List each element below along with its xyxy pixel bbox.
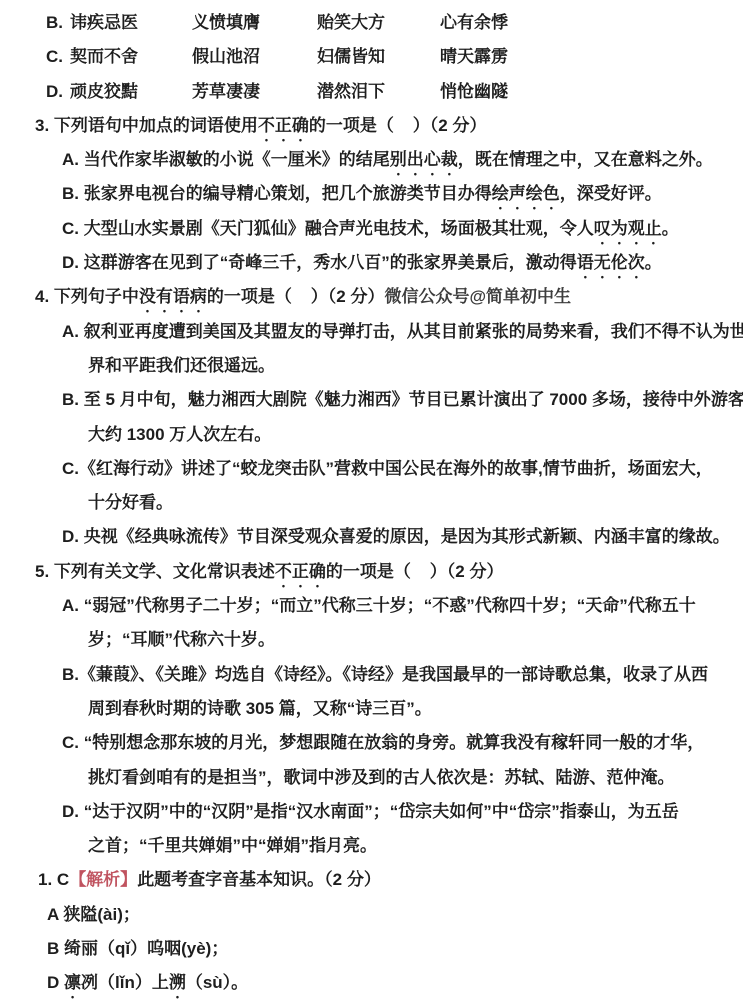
text-segment: 冽（lǐn）上 — [81, 973, 169, 992]
text-segment: 周到春秋时期的诗歌 305 篇，又称“诗三百”。 — [88, 699, 432, 718]
text-segment: B.《蒹葭》、《关雎》均选自《诗经》。《诗经》是我国最早的一部诗歌总集，收录了从… — [62, 665, 708, 684]
text-segment: 。 — [645, 253, 662, 272]
text-segment: 界和平距我们还很遥远。 — [88, 356, 275, 375]
text-segment: D. “达于汉阴”中的“汉阴”是指“汉水南面”；“岱宗夫如何”中“岱宗”指泰山，… — [62, 802, 679, 821]
text-segment: B 绮丽（qǐ）呜咽(yè)； — [47, 939, 228, 958]
word-item: 悄怆幽隧 — [440, 75, 743, 109]
text-segment: ，深受好评。 — [560, 184, 662, 203]
word-row-b: B. 讳疾忌医 义愤填膺 贻笑大方 心有余悸 — [0, 6, 743, 40]
analysis-tag: 【解析】 — [69, 870, 137, 889]
question-4-option-b-line-1: B. 至 5 月中旬，魅力湘西大剧院《魅力湘西》节目已累计演出了 7000 多场… — [0, 383, 743, 417]
question-4-option-d: D. 央视《经典咏流传》节目深受观众喜爱的原因，是因为其形式新颖、内涵丰富的缘故… — [0, 520, 743, 554]
emphasized-text: 别出心裁 — [390, 150, 458, 169]
text-segment: D — [47, 973, 64, 992]
emphasized-text: 叹为观止 — [594, 219, 662, 238]
text-segment: 3. 下列语句中加点的词语使用 — [35, 116, 258, 135]
text-segment: A. 当代作家毕淑敏的小说《一厘米》的结尾 — [62, 150, 390, 169]
emphasized-text: 语无伦次 — [577, 253, 645, 272]
text-segment: 大约 1300 万人次左右。 — [88, 425, 271, 444]
text-segment: D. 这群游客在见到了“奇峰三千，秀水八百”的张家界美景后，激动得 — [62, 253, 577, 272]
text-segment: A. “弱冠”代称男子二十岁；“而立”代称三十岁；“不惑”代称四十岁；“天命”代… — [62, 596, 696, 615]
text-segment: 之首；“千里共婵娟”中“婵娟”指月亮。 — [88, 836, 377, 855]
answer-1-detail-a: A 狭隘(ài)； — [0, 898, 743, 932]
text-segment: A 狭隘(ài)； — [47, 905, 140, 924]
text-segment: A. 叙利亚再度遭到美国及其盟友的导弹打击，从其目前紧张的局势来看，我们不得不认… — [62, 322, 743, 341]
word-item: 讳疾忌医 — [70, 6, 192, 40]
question-4-option-c-line-2: 十分好看。 — [0, 486, 743, 520]
question-5-option-a-line-1: A. “弱冠”代称男子二十岁；“而立”代称三十岁；“不惑”代称四十岁；“天命”代… — [0, 589, 743, 623]
word-row-d: D. 顽皮狡黠 芳草凄凄 潜然泪下 悄怆幽隧 — [0, 75, 743, 109]
document-page: B. 讳疾忌医 义愤填膺 贻笑大方 心有余悸 C. 契而不舍 假山池沼 妇儒皆知… — [0, 0, 743, 1000]
word-item: 契而不舍 — [70, 40, 192, 74]
question-3-option-d: D. 这群游客在见到了“奇峰三千，秀水八百”的张家界美景后，激动得语无伦次。 — [0, 246, 743, 280]
text-segment: 1. C — [38, 870, 69, 889]
text-segment: 4. 下列句子中 — [35, 287, 139, 306]
text-segment: 岁；“耳顺”代称六十岁。 — [88, 630, 275, 649]
word-item: 晴天霹雳 — [440, 40, 743, 74]
answer-1-detail-b: B 绮丽（qǐ）呜咽(yè)； — [0, 932, 743, 966]
question-5-option-a-line-2: 岁；“耳顺”代称六十岁。 — [0, 623, 743, 657]
question-3-stem: 3. 下列语句中加点的词语使用不正确的一项是（ ）（2 分） — [0, 109, 743, 143]
answer-1-detail-d: D 凛冽（lǐn）上溯（sù）。 — [0, 966, 743, 1000]
question-5-option-b-line-2: 周到春秋时期的诗歌 305 篇，又称“诗三百”。 — [0, 692, 743, 726]
question-4-option-a-line-1: A. 叙利亚再度遭到美国及其盟友的导弹打击，从其目前紧张的局势来看，我们不得不认… — [0, 315, 743, 349]
emphasized-text: 凛 — [64, 973, 81, 992]
question-5-option-c-line-2: 挑灯看剑咱有的是担当”，歌词中涉及到的古人依次是：苏轼、陆游、范仲淹。 — [0, 761, 743, 795]
text-segment: C. “特别想念那东坡的月光，梦想跟随在放翁的身旁。就算我没有稼轩同一般的才华， — [62, 733, 704, 752]
text-segment: 的一项是（ ）（2 分） — [309, 116, 487, 135]
text-segment: 的一项是（ ）（2 分） — [207, 287, 385, 306]
question-3-option-c: C. 大型山水实景剧《天门狐仙》融合声光电技术，场面极其壮观，令人叹为观止。 — [0, 212, 743, 246]
text-segment: 此题考查字音基本知识。（2 分） — [137, 870, 381, 889]
word-item: 假山池沼 — [192, 40, 317, 74]
question-5-option-d-line-2: 之首；“千里共婵娟”中“婵娟”指月亮。 — [0, 829, 743, 863]
text-segment: 的一项是（ ）（2 分） — [326, 562, 504, 581]
question-5-option-c-line-1: C. “特别想念那东坡的月光，梦想跟随在放翁的身旁。就算我没有稼轩同一般的才华， — [0, 726, 743, 760]
question-4-option-b-line-2: 大约 1300 万人次左右。 — [0, 418, 743, 452]
question-4-option-a-line-2: 界和平距我们还很遥远。 — [0, 349, 743, 383]
text-segment: 十分好看。 — [88, 493, 173, 512]
word-item: 妇儒皆知 — [317, 40, 440, 74]
question-3-option-a: A. 当代作家毕淑敏的小说《一厘米》的结尾别出心裁，既在情理之中，又在意料之外。 — [0, 143, 743, 177]
option-label: B. — [46, 6, 70, 40]
text-segment: C. 大型山水实景剧《天门狐仙》融合声光电技术，场面极其壮观，令人 — [62, 219, 594, 238]
question-3-option-b: B. 张家界电视台的编导精心策划，把几个旅游类节目办得绘声绘色，深受好评。 — [0, 177, 743, 211]
answer-1-analysis: 1. C【解析】此题考查字音基本知识。（2 分） — [0, 863, 743, 897]
text-segment: 。 — [662, 219, 679, 238]
text-segment: 5. 下列有关文学、文化常识表述 — [35, 562, 275, 581]
word-item: 芳草凄凄 — [192, 75, 317, 109]
text-segment: D. 央视《经典咏流传》节目深受观众喜爱的原因，是因为其形式新颖、内涵丰富的缘故… — [62, 527, 730, 546]
word-item: 心有余悸 — [440, 6, 743, 40]
emphasized-text: 绘声绘色 — [492, 184, 560, 203]
question-5-stem: 5. 下列有关文学、文化常识表述不正确的一项是（ ）（2 分） — [0, 555, 743, 589]
text-segment: B. 张家界电视台的编导精心策划，把几个旅游类节目办得 — [62, 184, 492, 203]
option-label: C. — [46, 40, 70, 74]
question-5-option-b-line-1: B.《蒹葭》、《关雎》均选自《诗经》。《诗经》是我国最早的一部诗歌总集，收录了从… — [0, 658, 743, 692]
emphasized-text: 不正确 — [258, 116, 309, 135]
word-item: 义愤填膺 — [192, 6, 317, 40]
text-segment: ，既在情理之中，又在意料之外。 — [458, 150, 713, 169]
emphasized-text: 溯 — [169, 973, 186, 992]
question-5-option-d-line-1: D. “达于汉阴”中的“汉阴”是指“汉水南面”；“岱宗夫如何”中“岱宗”指泰山，… — [0, 795, 743, 829]
question-4-option-c-line-1: C.《红海行动》讲述了“蛟龙突击队”营救中国公民在海外的故事,情节曲折，场面宏大… — [0, 452, 743, 486]
question-4-stem: 4. 下列句子中没有语病的一项是（ ）（2 分）微信公众号@简单初中生 — [0, 280, 743, 314]
word-item: 潜然泪下 — [317, 75, 440, 109]
option-label: D. — [46, 75, 70, 109]
text-segment: （sù）。 — [186, 973, 248, 992]
word-item: 顽皮狡黠 — [70, 75, 192, 109]
emphasized-text: 不正确 — [275, 562, 326, 581]
text-segment: B. 至 5 月中旬，魅力湘西大剧院《魅力湘西》节目已累计演出了 7000 多场… — [62, 390, 743, 409]
emphasized-text: 没有语病 — [139, 287, 207, 306]
word-row-c: C. 契而不舍 假山池沼 妇儒皆知 晴天霹雳 — [0, 40, 743, 74]
word-item: 贻笑大方 — [317, 6, 440, 40]
text-segment: C.《红海行动》讲述了“蛟龙突击队”营救中国公民在海外的故事,情节曲折，场面宏大… — [62, 459, 713, 478]
text-segment: 微信公众号@简单初中生 — [384, 287, 571, 306]
text-segment: 挑灯看剑咱有的是担当”，歌词中涉及到的古人依次是：苏轼、陆游、范仲淹。 — [88, 768, 675, 787]
